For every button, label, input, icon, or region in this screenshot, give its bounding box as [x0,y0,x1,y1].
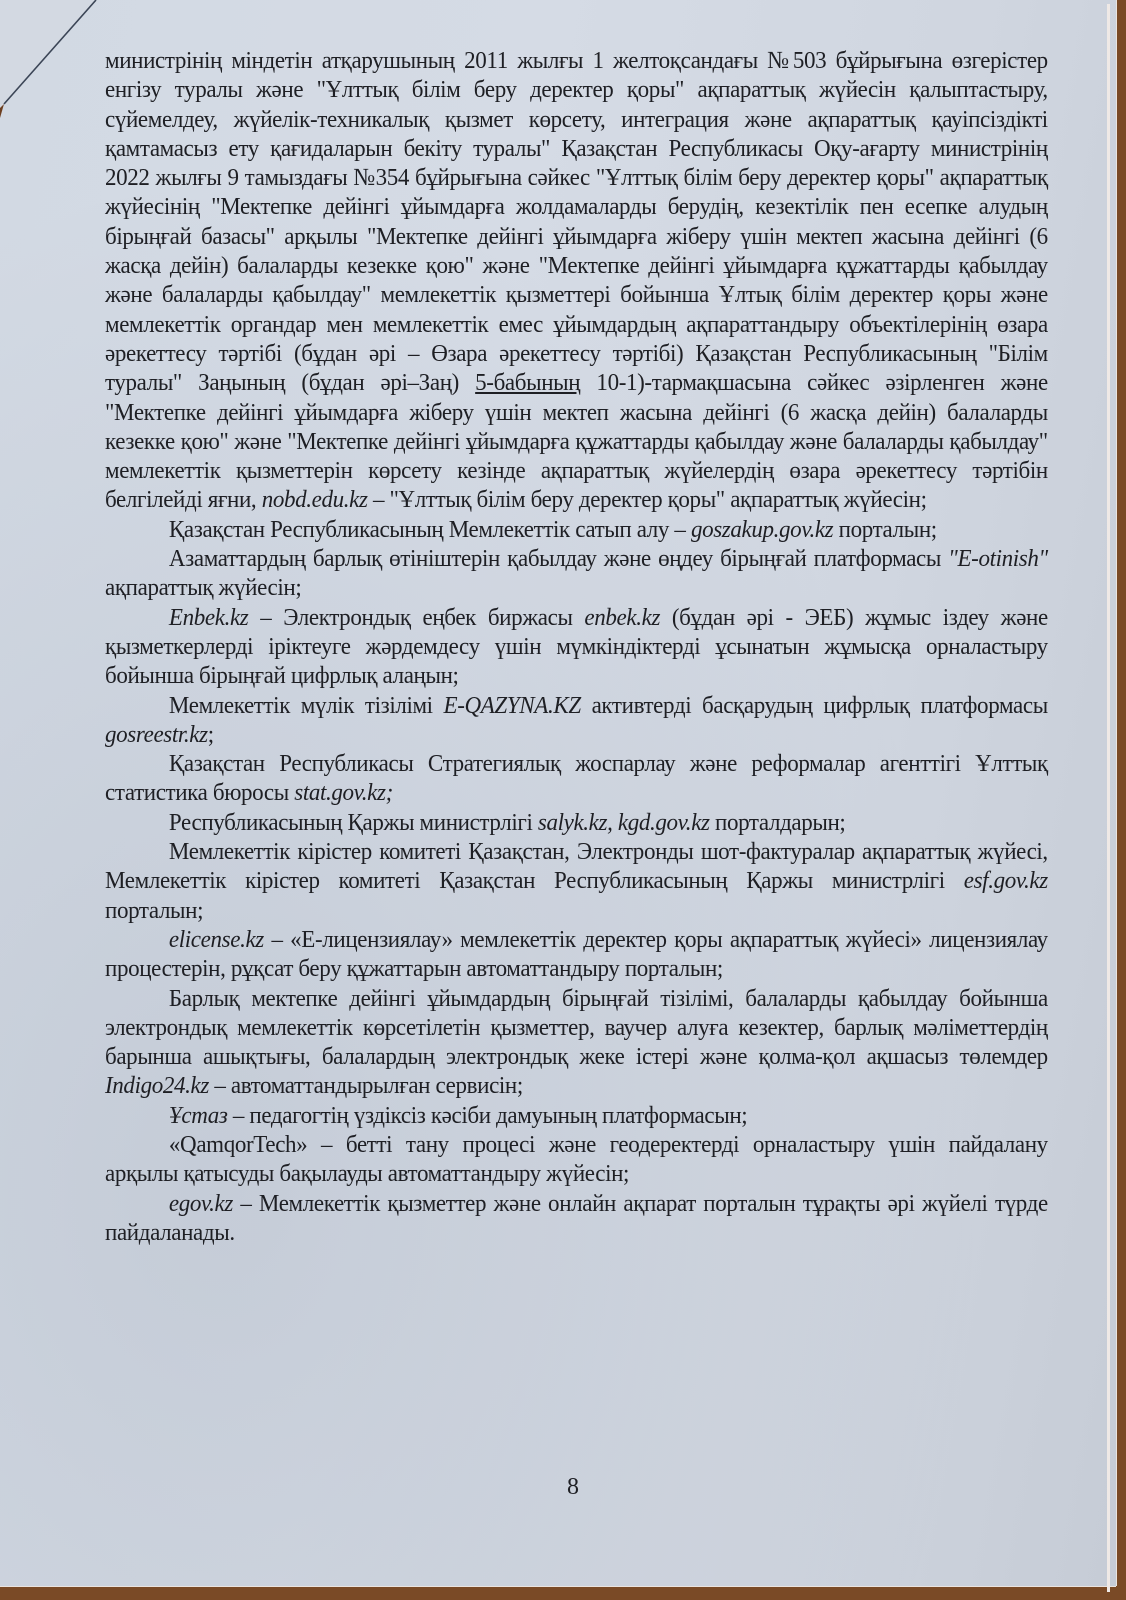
page-number: 8 [0,1474,1126,1501]
paragraph: «QamqorTech» – бетті тану процесі және г… [105,1130,1048,1189]
italic-term: Ұстаз [169,1102,228,1129]
italic-term: elicense.kz [169,926,264,953]
italic-term: enbek.kz [584,604,660,631]
paragraph: Республикасының Қаржы министрлігі salyk.… [105,808,1048,837]
italic-term: salyk.kz, [538,809,613,836]
italic-term: E-QAZYNA.KZ [444,692,581,719]
paragraph: Қазақстан Республикасы Стратегиялық жосп… [105,749,1048,808]
text-run: Мемлекеттік мүлік тізілімі [169,692,444,719]
italic-term: Enbek.kz [169,604,248,631]
italic-term: egov.kz [169,1190,233,1217]
italic-term: Indigo24.kz [105,1072,209,1099]
text-run: порталдарын; [710,809,846,836]
text-run: министрінің міндетін атқарушының 2011 жы… [105,47,1048,396]
paragraph: elicense.kz – «Е-лицензиялау» мемлекетті… [105,925,1048,984]
document-page: министрінің міндетін атқарушының 2011 жы… [0,0,1116,1586]
italic-term: goszakup.gov.kz [691,516,833,543]
text-run: порталын; [833,516,937,543]
text-run: – Электрондық еңбек биржасы [248,604,584,631]
text-run: «QamqorTech» – бетті тану процесі және г… [105,1131,1048,1187]
paragraph: Мемлекеттік кірістер комитеті Қазақстан,… [105,837,1048,925]
text-run: Азаматтардың барлық өтініштерін қабылдау… [169,545,948,572]
paragraph: Ұстаз – педагогтің үздіксіз кәсіби дамуы… [105,1101,1048,1130]
page-edge [1107,4,1110,1592]
italic-term: "E-otinish" [948,545,1048,572]
text-run: – "Ұлттық білім беру деректер қоры" ақпа… [368,486,927,513]
paragraph: egov.kz – Мемлекеттік қызметтер және онл… [105,1189,1048,1248]
folded-page-corner [0,0,100,118]
underlined-reference: 5-бабының [475,369,580,396]
text-run: – педагогтің үздіксіз кәсіби дамуының пл… [227,1102,747,1129]
text-run: ақпараттық жүйесін; [105,574,301,601]
paragraph: Қазақстан Республикасының Мемлекеттік са… [105,515,1048,544]
paragraph: министрінің міндетін атқарушының 2011 жы… [105,46,1048,515]
italic-term: kgd.gov.kz [618,809,710,836]
italic-term: nobd.edu.kz [262,486,368,513]
text-run: – Мемлекеттік қызметтер және онлайн ақпа… [105,1190,1048,1246]
text-run: – автоматтандырылған сервисін; [209,1072,523,1099]
text-run: порталын; [105,897,203,924]
text-run: Қазақстан Республикасының Мемлекеттік са… [169,516,691,543]
text-run: Барлық мектепке дейінгі ұйымдардың бірың… [105,985,1048,1071]
italic-term: esf.gov.kz [964,867,1048,894]
italic-term: stat.gov.kz; [294,779,393,806]
italic-term: gosreestr.kz [105,721,208,748]
document-body: министрінің міндетін атқарушының 2011 жы… [105,46,1048,1247]
paragraph: Мемлекеттік мүлік тізілімі E-QAZYNA.KZ а… [105,691,1048,750]
text-run: активтерді басқарудың цифрлық платформас… [581,692,1048,719]
text-run: ; [208,721,214,748]
text-run: Республикасының Қаржы министрлігі [169,809,538,836]
text-run: Қазақстан Республикасы Стратегиялық жосп… [105,750,1048,806]
paragraph: Enbek.kz – Электрондық еңбек биржасы enb… [105,603,1048,691]
text-run: Мемлекеттік кірістер комитеті Қазақстан,… [105,838,1048,894]
paragraph: Барлық мектепке дейінгі ұйымдардың бірың… [105,984,1048,1101]
paragraph: Азаматтардың барлық өтініштерін қабылдау… [105,544,1048,603]
